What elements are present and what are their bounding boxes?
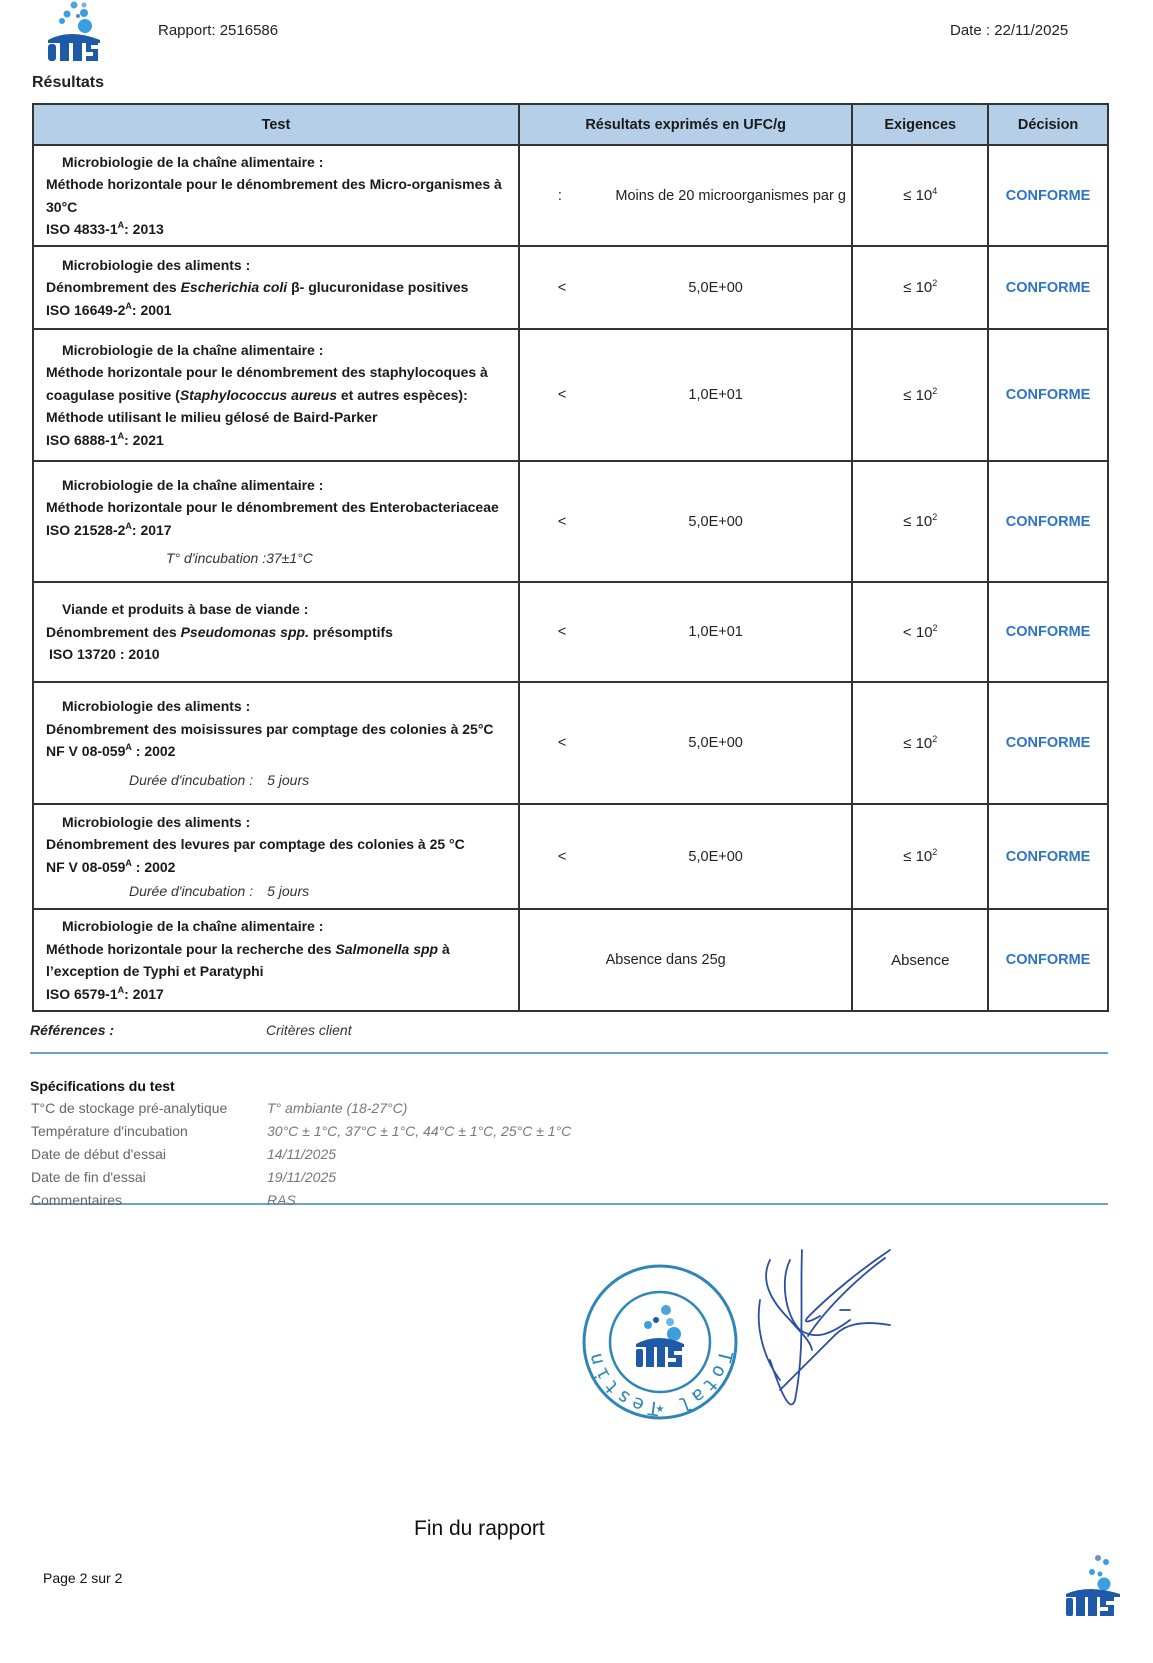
result-operator: < [558,387,566,403]
table-row: Microbiologie de la chaîne alimentaire :… [33,909,1108,1011]
result-cell: Absence dans 25g [519,909,852,1011]
test-cell: Microbiologie de la chaîne alimentaire :… [33,909,519,1011]
spec-value: 19/11/2025 [267,1169,336,1185]
report-label: Rapport: [158,22,216,39]
requirement-cell: ≤ 102 [852,682,988,804]
table-row: Microbiologie des aliments : Dénombremen… [33,682,1108,804]
spec-value: 14/11/2025 [267,1146,336,1162]
test-cell: Microbiologie de la chaîne alimentaire :… [33,145,519,246]
test-cell: Microbiologie de la chaîne alimentaire :… [33,461,519,582]
result-operator: < [558,624,566,640]
date-value: 22/11/2025 [994,22,1068,39]
decision-badge: CONFORME [988,682,1108,804]
decision-badge: CONFORME [988,329,1108,461]
page-number: Page 2 sur 2 [43,1570,122,1586]
result-cell: : Moins de 20 microorganismes par g [519,145,852,246]
test-standard: NF V 08-059A : 2002 [46,856,512,879]
results-table: Test Résultats exprimés en UFC/g Exigenc… [32,103,1109,1012]
report-number: Rapport: 2516586 [158,22,278,39]
test-method: Méthode horizontale pour le dénombrement… [46,361,512,429]
test-method: Méthode horizontale pour le dénombrement… [46,496,512,519]
test-standard: ISO 13720 : 2010 [46,643,512,666]
spec-value: 30°C ± 1°C, 37°C ± 1°C, 44°C ± 1°C, 25°C… [267,1123,571,1139]
test-category: Microbiologie de la chaîne alimentaire : [46,915,512,938]
test-standard: ISO 4833-1A: 2013 [46,218,512,241]
result-value: 5,0E+00 [628,735,742,751]
test-cell: Microbiologie des aliments : Dénombremen… [33,804,519,909]
spec-value: T° ambiante (18-27°C) [267,1100,407,1116]
test-cell: Microbiologie des aliments : Dénombremen… [33,246,519,329]
section-title-results: Résultats [32,74,104,92]
test-method: Dénombrement des levures par comptage de… [46,833,512,856]
spec-label: Date de début d'essai [31,1146,166,1162]
date-label: Date : [950,22,990,39]
column-header-requirements: Exigences [852,104,988,145]
test-method: Dénombrement des Pseudomonas spp. présom… [46,621,512,644]
spec-value: RAS [267,1192,296,1208]
test-method: Méthode horizontale pour la recherche de… [46,938,512,983]
test-cell: Viande et produits à base de viande : Dé… [33,582,519,682]
svg-text:★: ★ [656,1404,665,1415]
result-cell: < 1,0E+01 [519,329,852,461]
column-header-decision: Décision [988,104,1108,145]
column-header-results: Résultats exprimés en UFC/g [519,104,852,145]
test-category: Microbiologie de la chaîne alimentaire : [46,474,512,497]
spec-label: Température d'incubation [31,1123,188,1139]
test-category: Microbiologie des aliments : [46,254,512,277]
test-category: Microbiologie des aliments : [46,811,512,834]
requirement-cell: ≤ 102 [852,246,988,329]
test-method: Méthode horizontale pour le dénombrement… [46,173,512,218]
test-method: Dénombrement des moisissures par comptag… [46,718,512,741]
test-standard: NF V 08-059A : 2002 [46,740,512,763]
result-value: 1,0E+01 [628,624,742,640]
result-operator: < [558,735,566,751]
requirement-cell: ≤ 104 [852,145,988,246]
test-cell: Microbiologie de la chaîne alimentaire :… [33,329,519,461]
result-value: 1,0E+01 [628,387,742,403]
decision-badge: CONFORME [988,461,1108,582]
test-standard: ISO 6579-1A: 2017 [46,983,512,1006]
requirement-cell: Absence [852,909,988,1011]
test-standard: ISO 16649-2A: 2001 [46,299,512,322]
test-standard: ISO 6888-1A: 2021 [46,429,512,452]
result-cell: < 5,0E+00 [519,804,852,909]
result-value: 5,0E+00 [628,849,742,865]
references-section: Références : Critères client [30,1022,1108,1054]
test-method: Dénombrement des Escherichia coli β- glu… [46,276,512,299]
table-row: Microbiologie de la chaîne alimentaire :… [33,461,1108,582]
test-category: Microbiologie des aliments : [46,695,512,718]
test-specifications: Spécifications du test T°C de stockage p… [30,1078,1108,1205]
result-cell: < 5,0E+00 [519,682,852,804]
test-standard: ISO 21528-2A: 2017 [46,519,512,542]
decision-badge: CONFORME [988,246,1108,329]
company-stamp: Total Testing Service ★ [580,1262,740,1422]
spec-label: Date de fin d'essai [31,1169,146,1185]
incubation-duration-note: Durée d'incubation :5 jours [46,769,512,792]
specs-title: Spécifications du test [30,1078,175,1094]
spec-label: T°C de stockage pré-analytique [31,1100,227,1116]
incubation-duration-note: Durée d'incubation :5 jours [46,880,512,903]
requirement-cell: ≤ 102 [852,804,988,909]
decision-badge: CONFORME [988,582,1108,682]
table-row: Microbiologie des aliments : Dénombremen… [33,804,1108,909]
requirement-cell: ≤ 102 [852,329,988,461]
test-category: Microbiologie de la chaîne alimentaire : [46,339,512,362]
result-cell: < 5,0E+00 [519,461,852,582]
result-value: Absence dans 25g [606,952,726,968]
signature [740,1240,900,1440]
incubation-note: T° d'incubation :37±1°C [46,547,512,570]
table-header: Test Résultats exprimés en UFC/g Exigenc… [33,104,1108,145]
its-logo [40,0,108,64]
references-value: Critères client [266,1022,352,1038]
its-logo-footer [1062,1554,1124,1620]
requirement-cell: ≤ 102 [852,461,988,582]
requirement-cell: < 102 [852,582,988,682]
result-operator: < [558,849,566,865]
test-cell: Microbiologie des aliments : Dénombremen… [33,682,519,804]
test-category: Microbiologie de la chaîne alimentaire : [46,151,512,174]
decision-badge: CONFORME [988,145,1108,246]
result-value: Moins de 20 microorganismes par g [525,188,846,204]
report-date: Date : 22/11/2025 [950,22,1068,39]
test-category: Viande et produits à base de viande : [46,598,512,621]
end-of-report: Fin du rapport [414,1517,545,1541]
references-label: Références : [30,1022,114,1038]
result-cell: < 1,0E+01 [519,582,852,682]
table-row: Microbiologie des aliments : Dénombremen… [33,246,1108,329]
result-operator: < [558,280,566,296]
result-value: 5,0E+00 [628,514,742,530]
decision-badge: CONFORME [988,909,1108,1011]
report-value: 2516586 [220,22,278,39]
result-cell: < 5,0E+00 [519,246,852,329]
result-operator: < [558,514,566,530]
column-header-test: Test [33,104,519,145]
table-row: Microbiologie de la chaîne alimentaire :… [33,145,1108,246]
result-operator: : [558,188,562,204]
result-value: 5,0E+00 [628,280,742,296]
spec-label: Commentaires [31,1192,122,1208]
table-row: Microbiologie de la chaîne alimentaire :… [33,329,1108,461]
decision-badge: CONFORME [988,804,1108,909]
table-row: Viande et produits à base de viande : Dé… [33,582,1108,682]
